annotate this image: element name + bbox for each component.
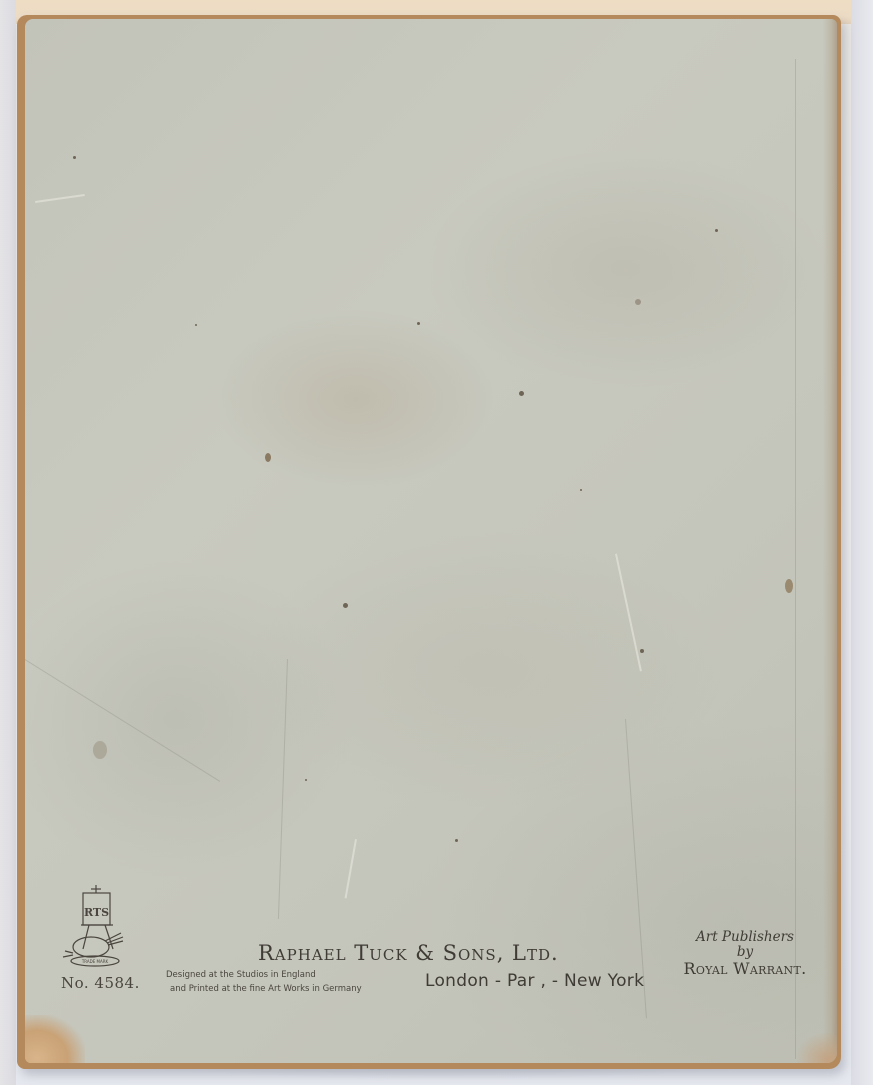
background-left-strip [0, 0, 16, 1085]
royal-warrant-line-1: Art Publishers [675, 929, 815, 945]
printing-notice-line-1: Designed at the Studios in England [166, 968, 362, 982]
svg-text:RTS: RTS [84, 906, 109, 919]
speckle [455, 839, 458, 842]
speckle [715, 229, 718, 232]
publisher-name: Raphael Tuck & Sons, Ltd. [258, 941, 559, 965]
speckle [785, 579, 793, 593]
crease-line [795, 59, 796, 1059]
scratch-mark [615, 554, 642, 672]
book-back-cover: RTS TRADE MARK No. 4584. Designed at the… [25, 19, 837, 1063]
cover-right-edge-wear [823, 19, 837, 1063]
speckle [195, 324, 197, 326]
speckle [580, 489, 582, 491]
easel-palette-logo-icon: RTS TRADE MARK [61, 881, 131, 971]
speckle [417, 322, 420, 325]
speckle [635, 299, 641, 305]
royal-warrant-line-2: by [675, 945, 815, 959]
scratch-mark [345, 839, 357, 898]
corner-wear-bottom-left [25, 1015, 85, 1063]
printing-notice: Designed at the Studios in England and P… [166, 968, 362, 996]
speckle [343, 603, 348, 608]
svg-text:TRADE MARK: TRADE MARK [81, 959, 109, 964]
speckle [93, 741, 107, 759]
scratch-mark [35, 194, 85, 203]
speckle [265, 453, 271, 462]
background-right-strip [851, 0, 873, 1085]
corner-wear-bottom-right [797, 1033, 837, 1063]
printing-notice-line-2: and Printed at the fine Art Works in Ger… [166, 982, 362, 996]
crease-line [25, 659, 220, 782]
catalog-number: No. 4584. [61, 974, 140, 992]
publisher-cities: London - Par , - New York [425, 971, 644, 991]
speckle [305, 779, 307, 781]
royal-warrant-block: Art Publishers by Royal Warrant. [675, 929, 815, 978]
royal-warrant-line-3: Royal Warrant. [675, 959, 815, 978]
speckle [519, 391, 524, 396]
crease-line [278, 659, 288, 919]
speckle [73, 156, 76, 159]
speckle [640, 649, 644, 653]
